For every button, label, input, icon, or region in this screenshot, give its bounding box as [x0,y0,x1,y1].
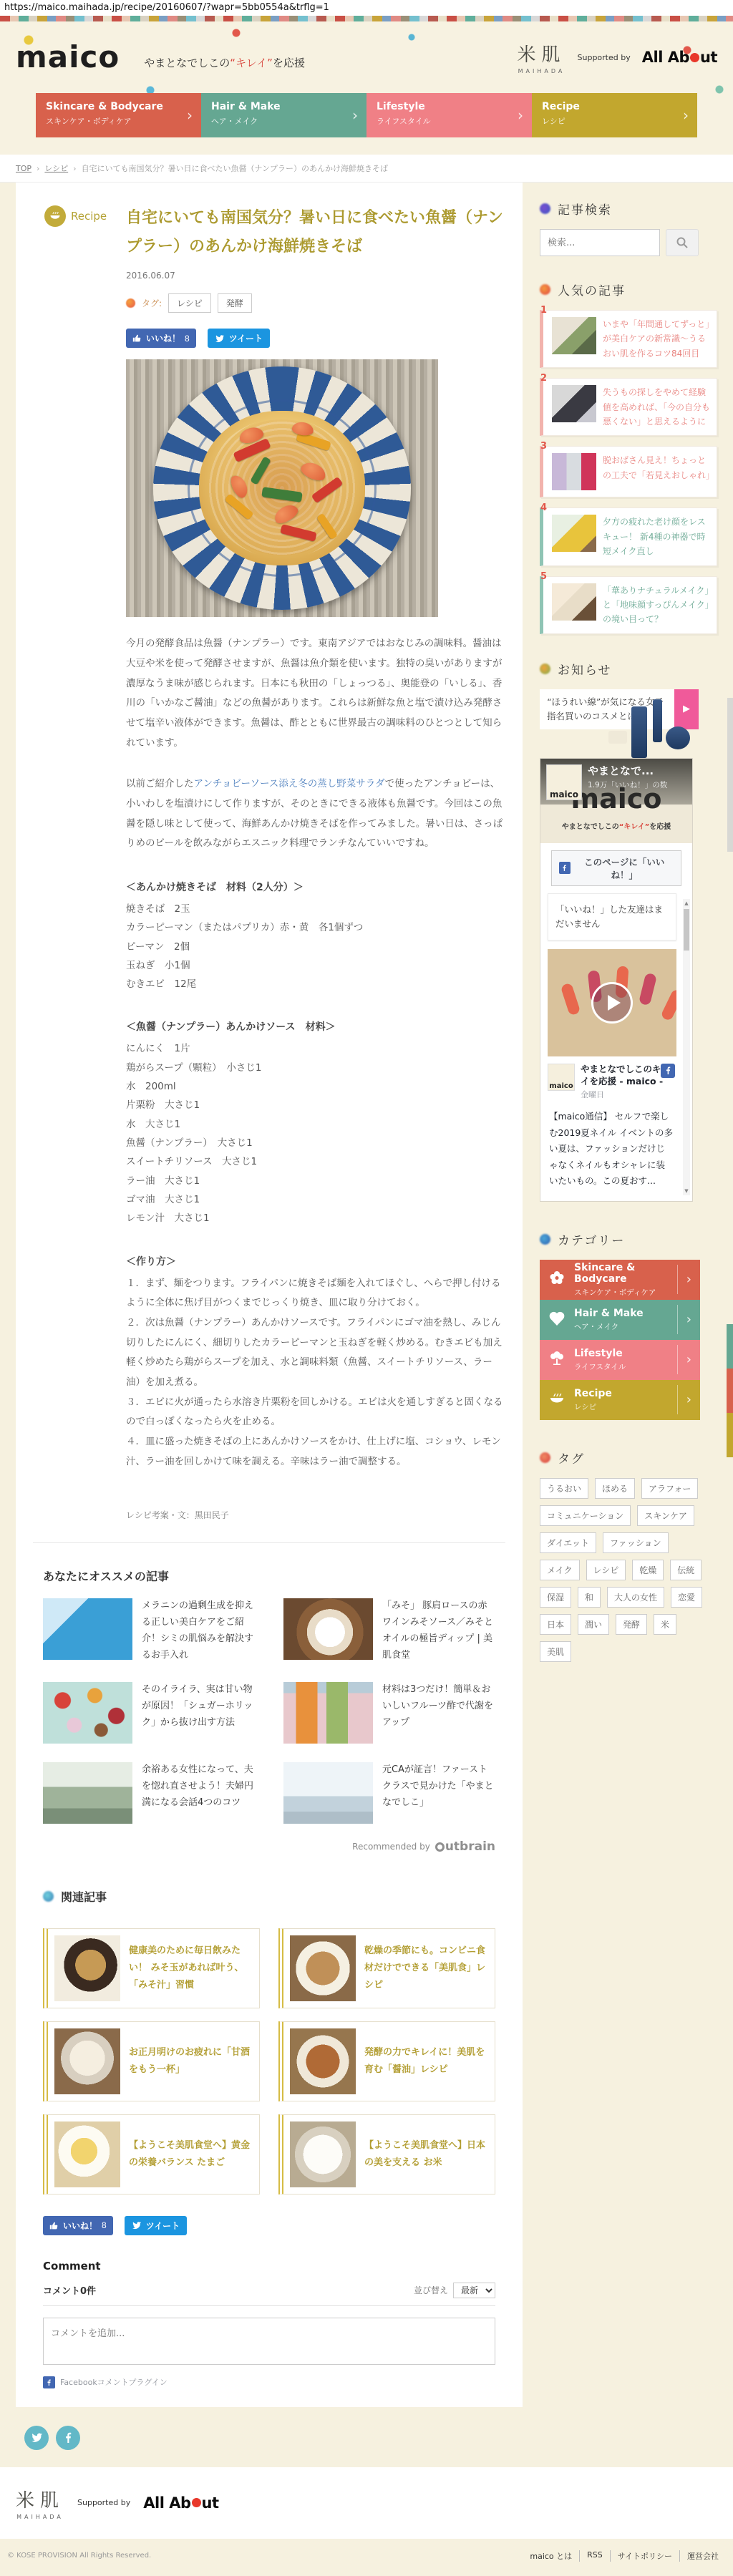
comment-sort-select[interactable]: 最新 [453,2283,495,2298]
rank-badge: 1 [540,305,547,316]
nav-en: Hair & Make [211,101,356,112]
recommended-item[interactable]: 材料は3つだけ！簡単＆おいしいフルーツ酢で代謝をアップ [283,1682,495,1744]
tag-section-dot-icon [540,1452,550,1463]
tag-chip[interactable]: レシピ [586,1560,626,1580]
popular-title: いまや「年間通してずっと」が美白ケアの新常識〜うるおい肌を作るコツ84回目 [603,317,710,361]
cover-tag-pre: やまとなでしこの [562,823,619,831]
related-thumbnail [54,2028,120,2094]
article-tags-row: タグ: レシピ 発酵 [126,293,505,313]
category-lifestyle[interactable]: Lifestyleライフスタイル › [540,1340,700,1380]
popular-title: 失うもの探しをやめて経験値を高めれば、「今の自分も悪くない」と思えるように [603,385,710,429]
related-title: 乾燥の季節にも。コンビニ食材だけでできる「美肌食」レシピ [364,1943,488,1994]
fb-plugin-label: Facebookコメントプラグイン [60,2376,168,2388]
ingredient-line: ピーマン 2個 [126,938,505,956]
popular-item-4[interactable]: 4 夕方の疲れた老け顔をレスキュー！ 新4種の神器で時短メイク直し [540,507,717,565]
step-1: １．まず、麺をつります。フライパンに焼きそば麺を入れてほぐし、へらで押し付けるよ… [126,1274,505,1313]
twitter-share-button[interactable] [24,2426,49,2450]
ingredient-line: むきエビ 12尾 [126,975,505,993]
popular-thumbnail [552,583,596,621]
recommended-thumbnail [283,1598,373,1660]
category-jp: ヘア・メイク [574,1321,644,1332]
twitter-bird-icon [215,334,225,343]
popular-list: 1 いまや「年間通してずっと」が美白ケアの新常識〜うるおい肌を作るコツ84回目 … [540,310,717,634]
popular-section-dot-icon [540,284,550,295]
maihada-logo-footer[interactable]: 米肌 MAIHADA [16,2486,64,2520]
related-title: 発酵の力でキレイに！美肌を育む「醤油」レシピ [364,2044,488,2079]
tagline-pre: やまとなでしこの [144,57,230,69]
rank-badge: 4 [540,502,547,513]
popular-section-heading: 人気の記事 [558,281,626,298]
ingredient-line: カラーピーマン（またはパプリカ）赤・黄 各1個ずつ [126,918,505,937]
facebook-like-button[interactable]: いいね！ 8 [126,329,196,348]
popular-item-1[interactable]: 1 いまや「年間通してずっと」が美白ケアの新常識〜うるおい肌を作るコツ84回目 [540,310,717,368]
edge-quicknav-skincare[interactable] [727,1369,733,1413]
popular-thumbnail [552,317,596,354]
recommended-item[interactable]: 元CAが証言！ファーストクラスで見かけた「やまとなでしこ」 [283,1762,495,1824]
allabout-left: All Ab [143,2494,190,2512]
ingredient-line: 鶏がらスープ（顆粒） 小さじ1 [126,1059,505,1077]
popular-thumbnail [552,515,596,552]
tag-chip[interactable]: 発酵 [616,1614,647,1635]
category-en: Recipe [574,1388,612,1399]
sidebar: 記事検索 人気の記事 1 いまや「年間通してずっと」が美白ケアの新常識〜うるおい… [540,183,717,1683]
breadcrumb: TOP›レシピ›自宅にいても南国気分？暑い日に食べたい魚醤（ナンプラー）のあんか… [16,162,717,174]
recommended-item[interactable]: メラニンの過剰生成を抑える正しい美白ケアをご紹介！シミの肌悩みを解決するお手入れ [43,1598,255,1663]
category-skincare[interactable]: Skincare & Bodycareスキンケア・ボディケア › [540,1260,700,1300]
category-jp: スキンケア・ボディケア [574,1287,677,1298]
steps-heading: ＜作り方＞ [126,1254,505,1268]
rank-badge: 2 [540,373,547,384]
nav-en: Recipe [542,101,687,112]
tag-chip[interactable]: 伝統 [670,1560,702,1580]
tag-chip[interactable]: 和 [578,1587,601,1608]
outbrain-logo: utbrain [435,1839,495,1854]
social-share-row-bottom: いいね！ 8 ツイート [43,2216,495,2235]
allabout-logo-footer[interactable]: All Abut [143,2494,218,2512]
chevron-right-icon: › [683,107,689,124]
category-hair-make[interactable]: Hair & Makeヘア・メイク › [540,1300,700,1340]
edge-scroll-indicator[interactable] [727,698,733,852]
facebook-comments-plugin-note[interactable]: Facebookコメントプラグイン [43,2376,495,2388]
fb-page-like-button[interactable]: このページに「いいね！」 [551,850,681,886]
chevron-right-icon: › [352,107,358,124]
chevron-right-icon: › [677,1345,694,1374]
facebook-share-button[interactable] [56,2426,80,2450]
tag-section-heading: タグ [558,1449,585,1467]
flower-icon [548,1270,567,1290]
related-thumbnail [290,2121,356,2187]
related-item[interactable]: 健康美のために毎日飲みたい！ みそ玉があれば叶う、「みそ汁」習慣 [43,1928,260,2008]
category-list: Skincare & Bodycareスキンケア・ボディケア › Hair & … [540,1260,700,1420]
breadcrumb-current: 自宅にいても南国気分？暑い日に食べたい魚醤（ナンプラー）のあんかけ海鮮焼きそば [82,164,388,173]
supported-by-label: Supported by [578,53,631,62]
article-tag-recipe[interactable]: レシピ [168,293,211,313]
tag-chip[interactable]: 美肌 [540,1641,571,1662]
comment-toolbar: コメント0件 並び替え 最新 [43,2283,495,2306]
edge-quicknav-hair[interactable] [727,1324,733,1369]
comment-heading: Comment [43,2260,495,2273]
article-paragraph-2: 以前ご紹介したアンチョビーソース添え冬の蒸し野菜サラダで使ったアンチョビーは、小… [126,774,505,854]
recommended-thumbnail [43,1762,132,1824]
related-title: 【ようこそ美肌食堂へ】黄金の栄養バランス たまご [129,2137,253,2172]
recommended-thumbnail [43,1682,132,1744]
nav-en: Lifestyle [377,101,522,112]
maihada-kanji: 米肌 [16,2486,64,2512]
related-heading: 関連記事 [61,1888,107,1905]
tagline-post: を応援 [273,57,305,69]
main-nav: Skincare & Bodycare スキンケア・ボディケア › Hair &… [36,93,697,137]
chevron-right-icon: › [677,1265,694,1294]
top-mosaic-strip [0,16,733,21]
tag-chip[interactable]: ほめる [595,1478,635,1499]
page-name[interactable]: やまとなで... [588,764,667,777]
related-title: 健康美のために毎日飲みたい！ みそ玉があれば叶う、「みそ汁」習慣 [129,1943,253,1994]
tag-chip[interactable]: 乾燥 [632,1560,664,1580]
notice-section-heading: お知らせ [558,660,612,678]
article-date: 2016.06.07 [126,271,505,281]
recipe-photo [126,359,438,617]
maihada-kanji: 米肌 [518,40,566,67]
copyright: © KOSE PROVISION All Rights Reserved. [7,2552,151,2560]
tag-chip[interactable]: 大人の女性 [607,1587,664,1608]
recommended-item[interactable]: そのイライラ、実は甘い物が原因！「シュガーホリック」から抜け出す方法 [43,1682,255,1744]
recommended-title: 余裕ある女性になって、夫を惚れ直させよう！夫婦円満になる会話4つのコツ [142,1762,255,1811]
page-like-count: 1.9万「いいね！」の数 [588,779,667,790]
ingredient-line: にんにく 1片 [126,1039,505,1058]
recommended-thumbnail [283,1682,373,1744]
like-label: いいね！ [146,332,180,344]
breadcrumb-home-link[interactable]: TOP [16,164,31,173]
edge-quicknav[interactable] [727,1324,733,1457]
tree-icon [548,1350,567,1370]
maihada-logo[interactable]: 米肌 MAIHADA [518,40,566,74]
chevron-right-icon: › [677,1305,694,1334]
category-recipe[interactable]: Recipeレシピ › [540,1380,700,1420]
recommended-grid: メラニンの過剰生成を抑える正しい美白ケアをご紹介！シミの肌悩みを解決するお手入れ… [43,1598,495,1824]
tag-chip[interactable]: メイク [540,1560,580,1580]
related-item[interactable]: 発酵の力でキレイに！美肌を育む「醤油」レシピ [278,2021,495,2101]
supported-by-label: Supported by [77,2498,130,2507]
facebook-icon[interactable] [661,1064,675,1078]
breadcrumb-separator: › [73,164,76,173]
footer-link-policy[interactable]: サイトポリシー [610,2550,679,2562]
like-count: 8 [185,334,190,344]
tweet-label: ツイート [146,2220,180,2232]
ingredient-line: 片栗粉 大さじ1 [126,1096,505,1114]
ingredient-line: ゴマ油 大さじ1 [126,1190,505,1209]
nav-jp: レシピ [542,115,687,127]
search-section-heading: 記事検索 [558,200,612,218]
recipe-bowl-icon [44,205,66,227]
notice-section-dot-icon [540,664,550,674]
nav-jp: ヘア・メイク [211,115,356,127]
popular-title: 夕方の疲れた老け顔をレスキュー！ 新4種の神器で時短メイク直し [603,515,710,558]
recommended-thumbnail [43,1598,132,1660]
step-3: ３．エビに火が通ったら水溶き片栗粉を回しかける。エビは火を通しすぎると固くなるの… [126,1393,505,1432]
tag-chip[interactable]: アラフォー [641,1478,698,1499]
like-count: 8 [102,2220,107,2230]
recommended-item[interactable]: 余裕ある女性になって、夫を惚れ直させよう！夫婦円満になる会話4つのコツ [43,1762,255,1824]
ingredient-line: 玉ねぎ 小1個 [126,956,505,975]
tag-chip[interactable]: 恋愛 [671,1587,702,1608]
category-en: Skincare & Bodycare [574,1262,677,1285]
facebook-page-widget: maico やまとなでしこの“キレイ”を応援 maico やまとなで... 1.… [540,758,693,1202]
page-title: 自宅にいても南国気分？暑い日に食べたい魚醤（ナンプラー）のあんかけ海鮮焼きそば [126,204,505,261]
nav-item-hair-make[interactable]: Hair & Make ヘア・メイク › [201,93,366,137]
heart-icon [548,1311,567,1329]
recommended-title: 材料は3つだけ！簡単＆おいしいフルーツ酢で代謝をアップ [382,1682,495,1731]
maihada-romaji: MAIHADA [16,2514,64,2520]
bottom-bar: © KOSE PROVISION All Rights Reserved. ma… [0,2539,733,2576]
widget-scrollbar[interactable]: ▲ ▼ [683,899,690,1195]
recipe-category-badge: Recipe [44,205,107,227]
like-label: いいね！ [63,2220,97,2232]
social-share-row-top: いいね！ 8 ツイート [126,329,505,348]
site-header: maico やまとなでしこの“キレイ”を応援 米肌 MAIHADA Suppor… [0,21,733,155]
nav-item-skincare[interactable]: Skincare & Bodycare スキンケア・ボディケア › [36,93,201,137]
thumb-up-icon [132,334,142,343]
sort-label: 並び替え [414,2284,448,2296]
facebook-cover: maico やまとなでしこの“キレイ”を応援 maico やまとなで... 1.… [540,759,692,843]
search-icon [676,236,689,249]
chevron-right-icon: › [187,107,193,124]
tag-cloud: うるおい ほめる アラフォー コミュニケーション スキンケア ダイエット ファッ… [540,1478,704,1662]
cover-tagline: やまとなでしこの“キレイ”を応援 [540,820,692,831]
recommended-title: そのイライラ、実は甘い物が原因！「シュガーホリック」から抜け出す方法 [142,1682,255,1731]
category-jp: ライフスタイル [574,1361,626,1372]
thumb-up-icon [49,2221,59,2230]
ingredient-line: 魚醤（ナンプラー） 大さじ1 [126,1134,505,1152]
tag-chip[interactable]: うるおい [540,1478,588,1499]
tweet-label: ツイート [229,332,263,344]
category-jp: レシピ [574,1401,612,1412]
fb-like-button-label: このページに「いいね！」 [576,855,674,881]
edge-quicknav-recipe[interactable] [727,1413,733,1457]
tag-chip[interactable]: コミュニケーション [540,1505,631,1526]
allabout-right: ut [700,49,717,66]
fb-friends-note: 「いいね！」した友達はまだいません [548,893,676,941]
article-card: Recipe 自宅にいても南国気分？暑い日に食べたい魚醤（ナンプラー）のあんかけ… [16,183,523,2407]
footer-links: maico とは RSS サイトポリシー 運営会社 [523,2550,726,2562]
twitter-bird-icon [132,2221,142,2230]
related-thumbnail [54,2121,120,2187]
allabout-logo[interactable]: All Abut [642,49,717,66]
ingredient-line: ラー油 大さじ1 [126,1172,505,1190]
tagline-accent: “キレイ” [230,57,273,69]
twitter-bird-icon [31,2432,43,2443]
category-section-dot-icon [540,1234,550,1245]
search-button[interactable] [666,229,699,256]
nav-en: Skincare & Bodycare [46,101,191,112]
related-item[interactable]: お正月明けのお疲れに「甘酒をもう一杯」 [43,2021,260,2101]
notice-arrow-icon: ▶ [674,689,699,729]
site-tagline: やまとなでしこの“キレイ”を応援 [144,45,305,70]
recommended-thumbnail [283,1762,373,1824]
paragraph-text: 以前ご紹介した [126,778,194,789]
ingredients1-heading: ＜あんかけ焼きそば 材料（2人分）＞ [126,880,505,894]
rank-badge: 3 [540,441,547,452]
maico-logo[interactable]: maico [16,42,120,72]
related-dot-icon [43,1891,54,1902]
search-section-dot-icon [540,203,550,214]
footer-link-about[interactable]: maico とは [523,2550,579,2562]
outbrain-label: Recommended by [352,1842,430,1852]
allabout-dot-icon [690,53,699,62]
recommended-title: 「みそ」 豚肩ロースの赤ワインみそソース／みそとオイルの極旨ディップ | 美肌食… [382,1598,495,1663]
tag-chip[interactable]: スキンケア [637,1505,694,1526]
page-avatar[interactable]: maico [546,764,582,800]
tag-dot-icon [126,298,135,308]
post-timestamp: 金曜日 [581,1089,676,1100]
popular-thumbnail [552,453,596,490]
outbrain-o-icon [435,1842,445,1852]
outbrain-attribution[interactable]: Recommended by utbrain [43,1839,495,1854]
allabout-dot-icon [192,2498,201,2507]
post-avatar[interactable]: maico [548,1064,575,1091]
footer: 米肌 MAIHADA Supported by All Abut [0,2467,733,2539]
facebook-icon [559,862,571,874]
tweet-button[interactable]: ツイート [125,2216,187,2235]
floating-share-buttons [24,2426,523,2450]
tag-chip[interactable]: 米 [654,1614,676,1635]
outbrain-text: utbrain [445,1839,495,1854]
related-title: お正月明けのお疲れに「甘酒をもう一杯」 [129,2044,253,2079]
facebook-icon [43,2376,55,2388]
comment-count: コメント0件 [43,2283,96,2297]
related-item[interactable]: 【ようこそ美肌食堂へ】日本の美を支える お米 [278,2114,495,2195]
related-title: 【ようこそ美肌食堂へ】日本の美を支える お米 [364,2137,488,2172]
recipe-credit: レシピ考案・文：黒田民子 [126,1509,505,1521]
recommended-title: メラニンの過剰生成を抑える正しい美白ケアをご紹介！シミの肌悩みを解決するお手入れ [142,1598,255,1663]
facebook-f-icon [63,2432,74,2443]
tag-chip[interactable]: 保湿 [540,1587,571,1608]
cover-tag-post: を応援 [649,823,671,831]
section-divider [33,1542,505,1543]
nav-jp: ライフスタイル [377,115,522,127]
maihada-romaji: MAIHADA [518,68,566,74]
cover-tag-accent: “キレイ” [619,823,650,831]
facebook-like-button[interactable]: いいね！ 8 [43,2216,113,2235]
chevron-right-icon: › [518,107,523,124]
tweet-button[interactable]: ツイート [208,329,270,348]
popular-item-5[interactable]: 5 「華ありナチュラルメイク」と「地味顔すっぴんメイク」の境い目って？ [540,576,717,634]
category-label: Recipe [71,210,107,223]
related-item[interactable]: 【ようこそ美肌食堂へ】黄金の栄養バランス たまご [43,2114,260,2195]
ingredient-line: 水 200ml [126,1077,505,1096]
popular-title: 「華ありナチュラルメイク」と「地味顔すっぴんメイク」の境い目って？ [603,583,710,627]
popular-title: 脱おばさん見え！ちょっとの工夫で「若見えおしゃれ」 [603,453,710,490]
category-en: Hair & Make [574,1308,644,1319]
tag-chip[interactable]: 潤い [578,1614,609,1635]
breadcrumb-bar: TOP›レシピ›自宅にいても南国気分？暑い日に食べたい魚醤（ナンプラー）のあんか… [0,155,733,183]
fb-video-post[interactable] [548,949,676,1056]
step-2: ２．次は魚醤（ナンプラー）あんかけソースです。フライパンにゴマ油を熱し、みじん切… [126,1313,505,1393]
popular-item-3[interactable]: 3 脱おばさん見え！ちょっとの工夫で「若見えおしゃれ」 [540,446,717,497]
popular-thumbnail [552,385,596,422]
step-4: ４．皿に盛った焼きそばの上にあんかけソースをかけ、仕上げに塩、コショウ、レモン汁… [126,1432,505,1472]
ingredient-line: 水 大さじ1 [126,1115,505,1134]
breadcrumb-separator: › [37,164,39,173]
breadcrumb-section-link[interactable]: レシピ [44,164,68,173]
tag-chip[interactable]: 日本 [540,1614,571,1635]
recommended-title: 元CAが証言！ファーストクラスで見かけた「やまとなでしこ」 [382,1762,495,1811]
notice-banner[interactable]: “ほうれい線”が気になる女子 指名買いのコスメとは？ ▶ [540,689,699,729]
allabout-left: All Ab [642,49,689,66]
recommended-item[interactable]: 「みそ」 豚肩ロースの赤ワインみそソース／みそとオイルの極旨ディップ | 美肌食… [283,1598,495,1663]
ingredient-line: レモン汁 大さじ1 [126,1209,505,1228]
category-en: Lifestyle [574,1348,626,1359]
tag-chip[interactable]: ファッション [603,1532,669,1553]
related-item[interactable]: 乾燥の季節にも。コンビニ食材だけでできる「美肌食」レシピ [278,1928,495,2008]
nav-jp: スキンケア・ボディケア [46,115,191,127]
category-section-heading: カテゴリー [558,1230,625,1248]
chevron-right-icon: › [677,1385,694,1414]
browser-url[interactable]: https://maico.maihada.jp/recipe/20160607… [0,0,733,16]
footer-link-rss[interactable]: RSS [579,2550,610,2562]
tag-chip[interactable]: ダイエット [540,1532,596,1553]
search-input[interactable] [540,229,660,256]
anchovy-salad-link[interactable]: アンチョビーソース添え冬の蒸し野菜サラダ [194,778,385,789]
allabout-right: ut [202,2494,219,2512]
recipe-bowl-icon [548,1391,567,1409]
comment-input[interactable] [43,2318,495,2365]
nav-item-lifestyle[interactable]: Lifestyle ライフスタイル › [366,93,532,137]
nav-item-recipe[interactable]: Recipe レシピ › [532,93,697,137]
article-paragraph-1: 今月の発酵食品は魚醤（ナンプラー）です。東南アジアではおなじみの調味料。醤油は大… [126,634,505,753]
tag-label: タグ: [142,297,162,309]
ingredient-line: 焼きそば 2玉 [126,900,505,918]
rank-badge: 5 [540,571,547,582]
article-tag-hakko[interactable]: 発酵 [218,293,252,313]
footer-link-company[interactable]: 運営会社 [679,2550,726,2562]
play-icon[interactable] [591,982,633,1024]
ingredient-line: スイートチリソース 大さじ1 [126,1152,505,1171]
related-thumbnail [54,1935,120,2001]
related-grid: 健康美のために毎日飲みたい！ みそ玉があれば叶う、「みそ汁」習慣 乾燥の季節にも… [43,1928,495,2195]
post-text[interactable]: 【maico通信】 セルフで楽しむ2019夏ネイル イベントの多い夏は、ファッシ… [540,1104,692,1201]
ingredients2-heading: ＜魚醤（ナンプラー）あんかけソース 材料＞ [126,1019,505,1034]
recommended-heading: あなたにオススメの記事 [43,1568,495,1584]
related-thumbnail [290,2028,356,2094]
related-thumbnail [290,1935,356,2001]
popular-item-2[interactable]: 2 失うもの探しをやめて経験値を高めれば、「今の自分も悪くない」と思えるように [540,378,717,436]
